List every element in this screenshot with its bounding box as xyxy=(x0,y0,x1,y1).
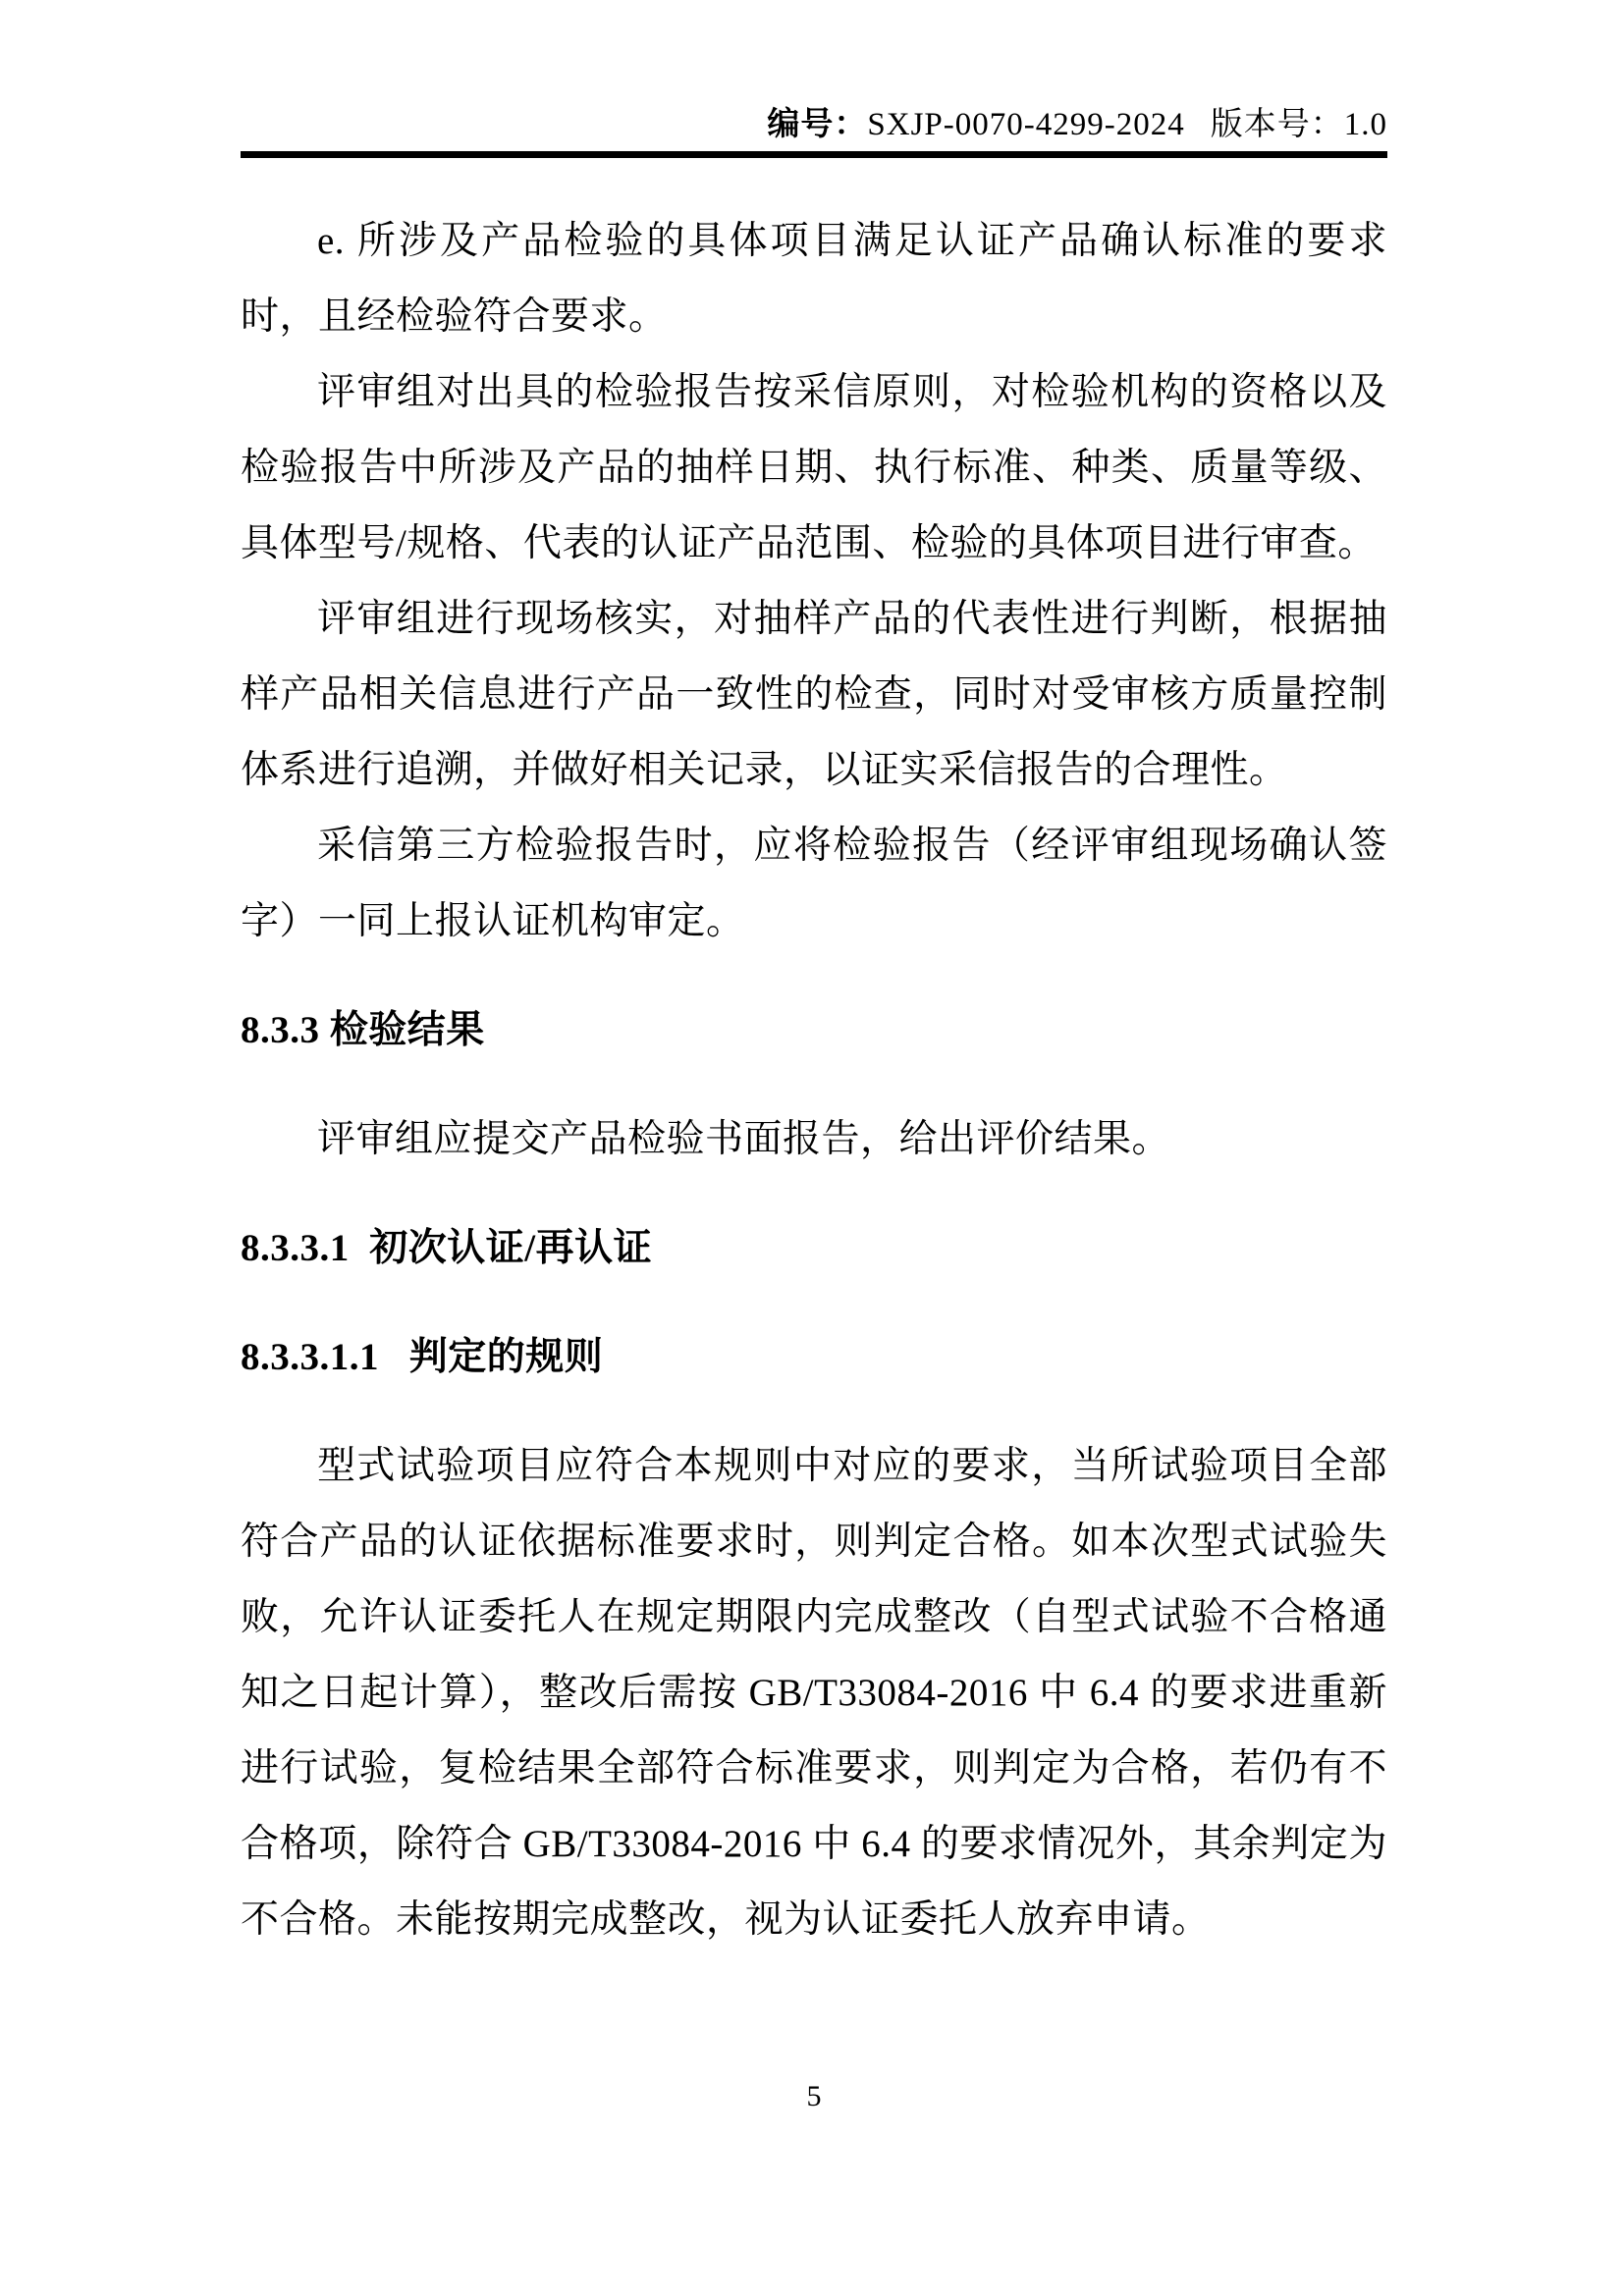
heading-8-3-3-1-1-judgment-rules: 8.3.3.1.1 判定的规则 xyxy=(241,1319,1387,1395)
heading-8-3-3-inspection-results: 8.3.3 检验结果 xyxy=(241,992,1387,1068)
document-page: { "header": { "label_no": "编号：", "doc_no… xyxy=(0,0,1624,2296)
doc-number-label: 编号： xyxy=(767,107,867,142)
page-number: 5 xyxy=(241,2079,1387,2114)
text-block: 编号：SXJP-0070-4299-2024版本号：1.0 e. 所涉及产品检验… xyxy=(241,0,1387,1957)
paragraph-onsite-verification: 评审组进行现场核实，对抽样产品的代表性进行判断，根据抽样产品相关信息进行产品一致… xyxy=(241,581,1387,808)
version-label: 版本号： xyxy=(1211,107,1344,142)
paragraph-third-party-report: 采信第三方检验报告时，应将检验报告（经评审组现场确认签字）一同上报认证机构审定。 xyxy=(241,808,1387,959)
header-divider-rule xyxy=(241,151,1387,158)
paragraph-item-e: e. 所涉及产品检验的具体项目满足认证产品确认标准的要求时，且经检验符合要求。 xyxy=(241,203,1387,354)
document-body: e. 所涉及产品检验的具体项目满足认证产品确认标准的要求时，且经检验符合要求。 … xyxy=(241,203,1387,1957)
paragraph-report-review: 评审组对出具的检验报告按采信原则，对检验机构的资格以及检验报告中所涉及产品的抽样… xyxy=(241,354,1387,581)
paragraph-type-test-judgment: 型式试验项目应符合本规则中对应的要求，当所试验项目全部符合产品的认证依据标准要求… xyxy=(241,1428,1387,1957)
heading-8-3-3-1-initial-recertification: 8.3.3.1 初次认证/再认证 xyxy=(241,1210,1387,1286)
paragraph-written-report: 评审组应提交产品检验书面报告，给出评价结果。 xyxy=(241,1101,1387,1177)
doc-number-value: SXJP-0070-4299-2024 xyxy=(867,107,1184,142)
page-header: 编号：SXJP-0070-4299-2024版本号：1.0 xyxy=(241,0,1387,145)
version-value: 1.0 xyxy=(1344,107,1387,142)
